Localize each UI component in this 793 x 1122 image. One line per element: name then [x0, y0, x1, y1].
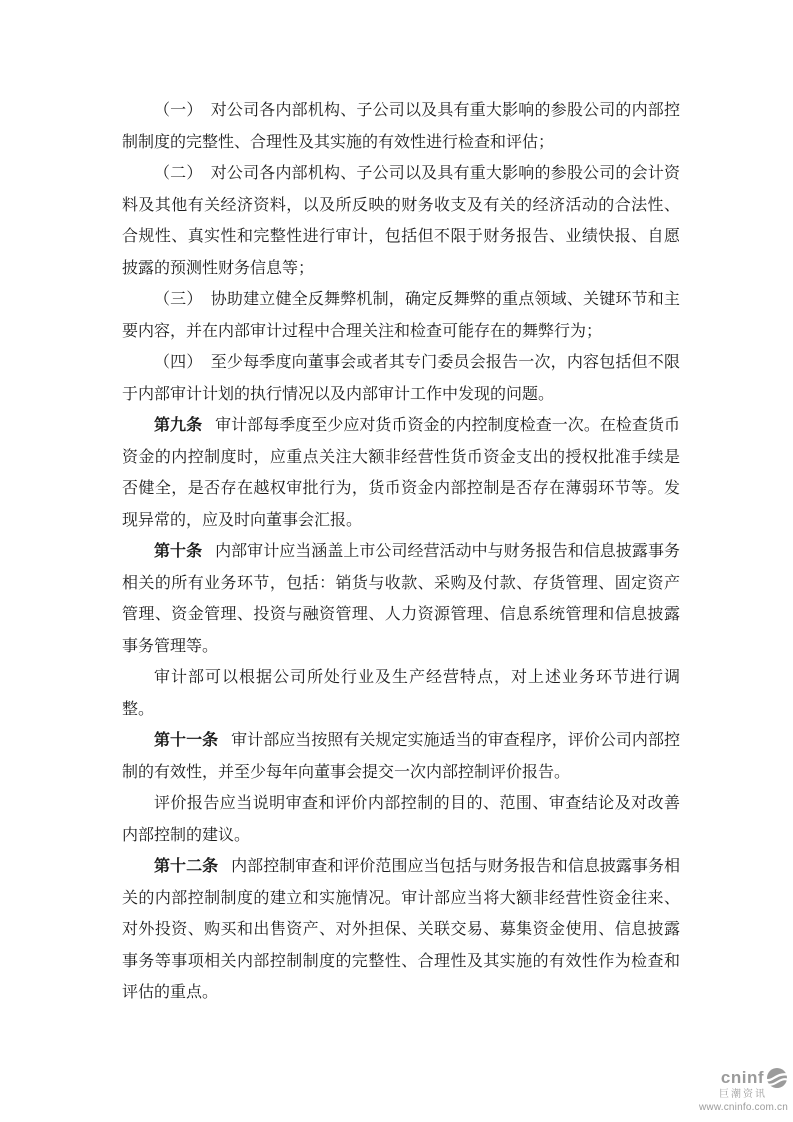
cninfo-logo-subtitle: 巨潮资讯 [699, 1089, 767, 1100]
paragraph: 第十条内部审计应当涵盖上市公司经营活动中与财务报告和信息披露事务相关的所有业务环… [122, 536, 680, 662]
cninfo-logo-row: cninf [699, 1067, 788, 1089]
paragraph: 第十一条审计部应当按照有关规定实施适当的审查程序，评价公司内部控制的有效性，并至… [122, 725, 680, 788]
cninfo-logo: cninf 巨潮资讯 www.cninfo.com.cn [699, 1067, 788, 1113]
paragraph: 第九条审计部每季度至少应对货币资金的内控制度检查一次。在检查货币资金的内控制度时… [122, 410, 680, 536]
paragraph: 审计部可以根据公司所处行业及生产经营特点，对上述业务环节进行调整。 [122, 662, 680, 725]
cninfo-logo-url: www.cninfo.com.cn [699, 1102, 788, 1113]
article-number: 第十条 [154, 543, 202, 560]
paragraph: 评价报告应当说明审查和评价内部控制的目的、范围、审查结论及对改善内部控制的建议。 [122, 788, 680, 851]
article-number: 第十二条 [154, 858, 218, 875]
paragraph: （三） 协助建立健全反舞弊机制，确定反舞弊的重点领域、关键环节和主要内容，并在内… [122, 284, 680, 347]
article-number: 第十一条 [154, 732, 218, 749]
paragraph: （一） 对公司各内部机构、子公司以及具有重大影响的参股公司的内部控制制度的完整性… [122, 95, 680, 158]
document-page: （一） 对公司各内部机构、子公司以及具有重大影响的参股公司的内部控制制度的完整性… [0, 0, 793, 1122]
cninfo-swirl-icon [766, 1067, 788, 1089]
cninfo-logo-text: cninf [721, 1069, 764, 1088]
paragraph: 第十二条内部控制审查和评价范围应当包括与财务报告和信息披露事务相关的内部控制制度… [122, 851, 680, 1009]
article-number: 第九条 [154, 417, 202, 434]
document-body: （一） 对公司各内部机构、子公司以及具有重大影响的参股公司的内部控制制度的完整性… [122, 95, 680, 1009]
paragraph: （四） 至少每季度向董事会或者其专门委员会报告一次，内容包括但不限于内部审计计划… [122, 347, 680, 410]
paragraph: （二） 对公司各内部机构、子公司以及具有重大影响的参股公司的会计资料及其他有关经… [122, 158, 680, 284]
